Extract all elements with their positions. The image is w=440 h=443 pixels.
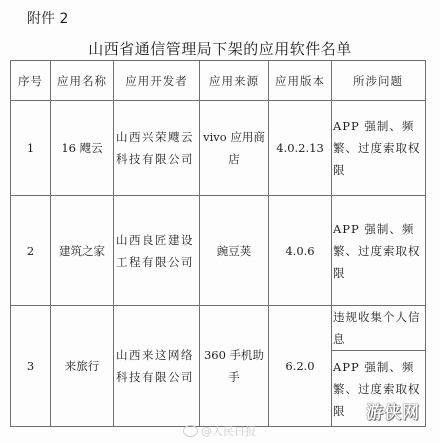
- cell-developer: 山西良匠建设工程有限公司: [114, 196, 200, 306]
- weibo-icon: [183, 425, 198, 437]
- cell-app-name: 16 飕云: [51, 101, 114, 196]
- document-title: 山西省通信管理局下架的应用软件名单: [0, 38, 440, 59]
- cell-source: 360 手机助手: [200, 306, 269, 427]
- cell-source: 豌豆荚: [200, 196, 269, 306]
- header-source: 应用来源: [200, 61, 269, 101]
- table-header-row: 序号 应用名称 应用开发者 应用来源 应用版本 所涉问题: [11, 61, 426, 101]
- cell-developer: 山西兴荣飕云科技有限公司: [114, 101, 200, 196]
- app-removal-table: 序号 应用名称 应用开发者 应用来源 应用版本 所涉问题 1 16 飕云 山西兴…: [10, 60, 426, 427]
- attachment-label: 附件 2: [27, 8, 68, 28]
- weibo-credit-text: @人民日报: [201, 423, 256, 439]
- cell-seq: 1: [11, 101, 51, 196]
- cell-issue: APP 强制、频繁、过度索取权限: [332, 196, 426, 306]
- header-seq: 序号: [11, 61, 51, 101]
- header-version: 应用版本: [269, 61, 332, 101]
- weibo-watermark: @人民日报: [183, 423, 256, 439]
- header-app-name: 应用名称: [51, 61, 114, 101]
- table-row: 2 建筑之家 山西良匠建设工程有限公司 豌豆荚 4.0.6 APP 强制、频繁、…: [11, 196, 426, 306]
- cell-version: 4.0.2.13: [269, 101, 332, 196]
- cell-app-name: 来旅行: [51, 306, 114, 427]
- cell-version: 4.0.6: [269, 196, 332, 306]
- cell-app-name: 建筑之家: [51, 196, 114, 306]
- cell-issue: APP 强制、频繁、过度索取权限: [332, 101, 426, 196]
- cell-source: vivo 应用商店: [200, 101, 269, 196]
- cell-issue: 违规收集个人信息: [332, 306, 426, 351]
- cell-seq: 2: [11, 196, 51, 306]
- header-issues: 所涉问题: [332, 61, 426, 101]
- table-row: 1 16 飕云 山西兴荣飕云科技有限公司 vivo 应用商店 4.0.2.13 …: [11, 101, 426, 196]
- cell-seq: 3: [11, 306, 51, 427]
- cell-version: 6.2.0: [269, 306, 332, 427]
- site-logo-watermark: 游侠网: [366, 398, 420, 423]
- header-developer: 应用开发者: [114, 61, 200, 101]
- cell-developer: 山西来这网络科技有限公司: [114, 306, 200, 427]
- table-row: 3 来旅行 山西来这网络科技有限公司 360 手机助手 6.2.0 违规收集个人…: [11, 306, 426, 351]
